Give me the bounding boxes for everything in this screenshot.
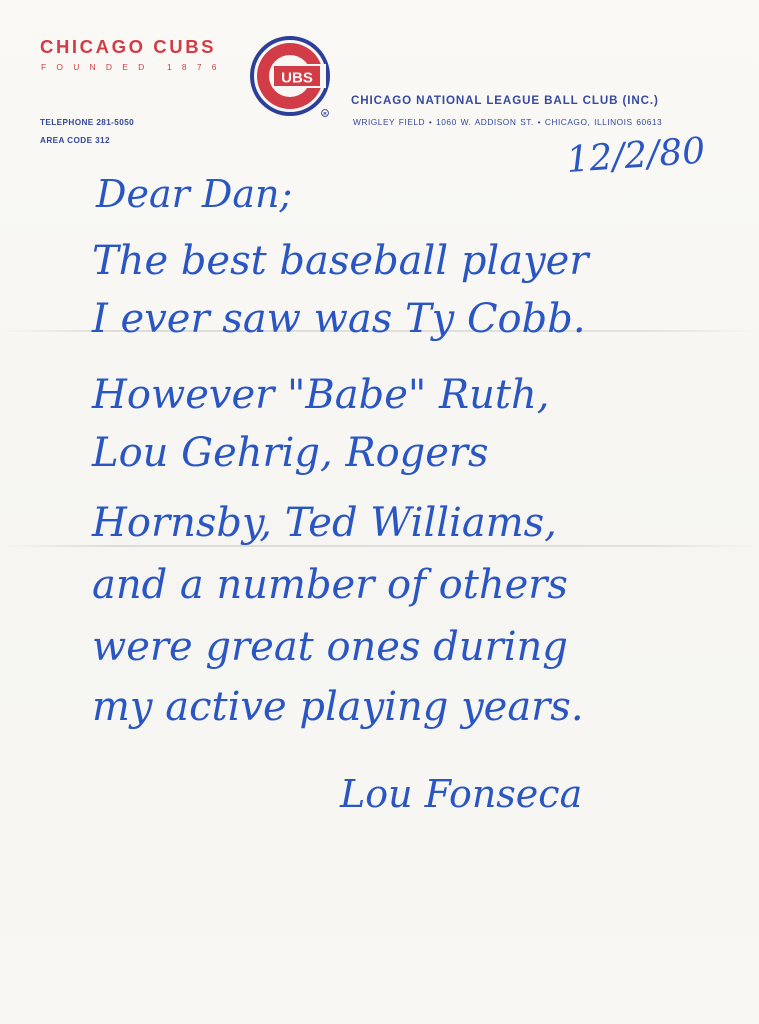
telephone: TELEPHONE 281-5050 bbox=[40, 118, 134, 127]
signature: Lou Fonseca bbox=[340, 772, 582, 816]
club-address: WRIGLEY FIELD • 1060 W. ADDISON ST. • CH… bbox=[353, 117, 662, 127]
letter-line: my active playing years. bbox=[92, 684, 584, 730]
letter-line: Hornsby, Ted Williams, bbox=[92, 500, 557, 546]
club-name: CHICAGO NATIONAL LEAGUE BALL CLUB (INC.) bbox=[351, 94, 659, 107]
letter-line: Lou Gehrig, Rogers bbox=[92, 430, 489, 476]
area-code: AREA CODE 312 bbox=[40, 136, 110, 145]
founded-year: FOUNDED 1876 bbox=[41, 62, 227, 72]
logo-text: UBS bbox=[281, 70, 313, 87]
letter-line: were great ones during bbox=[92, 624, 568, 670]
letter-greeting: Dear Dan; bbox=[96, 172, 292, 216]
brand-title: CHICAGO CUBS bbox=[40, 36, 216, 58]
letter-line: However "Babe" Ruth, bbox=[92, 372, 549, 418]
letter-line: and a number of others bbox=[92, 562, 568, 608]
cubs-logo-icon: UBS R bbox=[250, 36, 336, 122]
letter-line: I ever saw was Ty Cobb. bbox=[92, 296, 586, 342]
letter-line: The best baseball player bbox=[92, 238, 588, 284]
svg-text:R: R bbox=[323, 111, 327, 116]
